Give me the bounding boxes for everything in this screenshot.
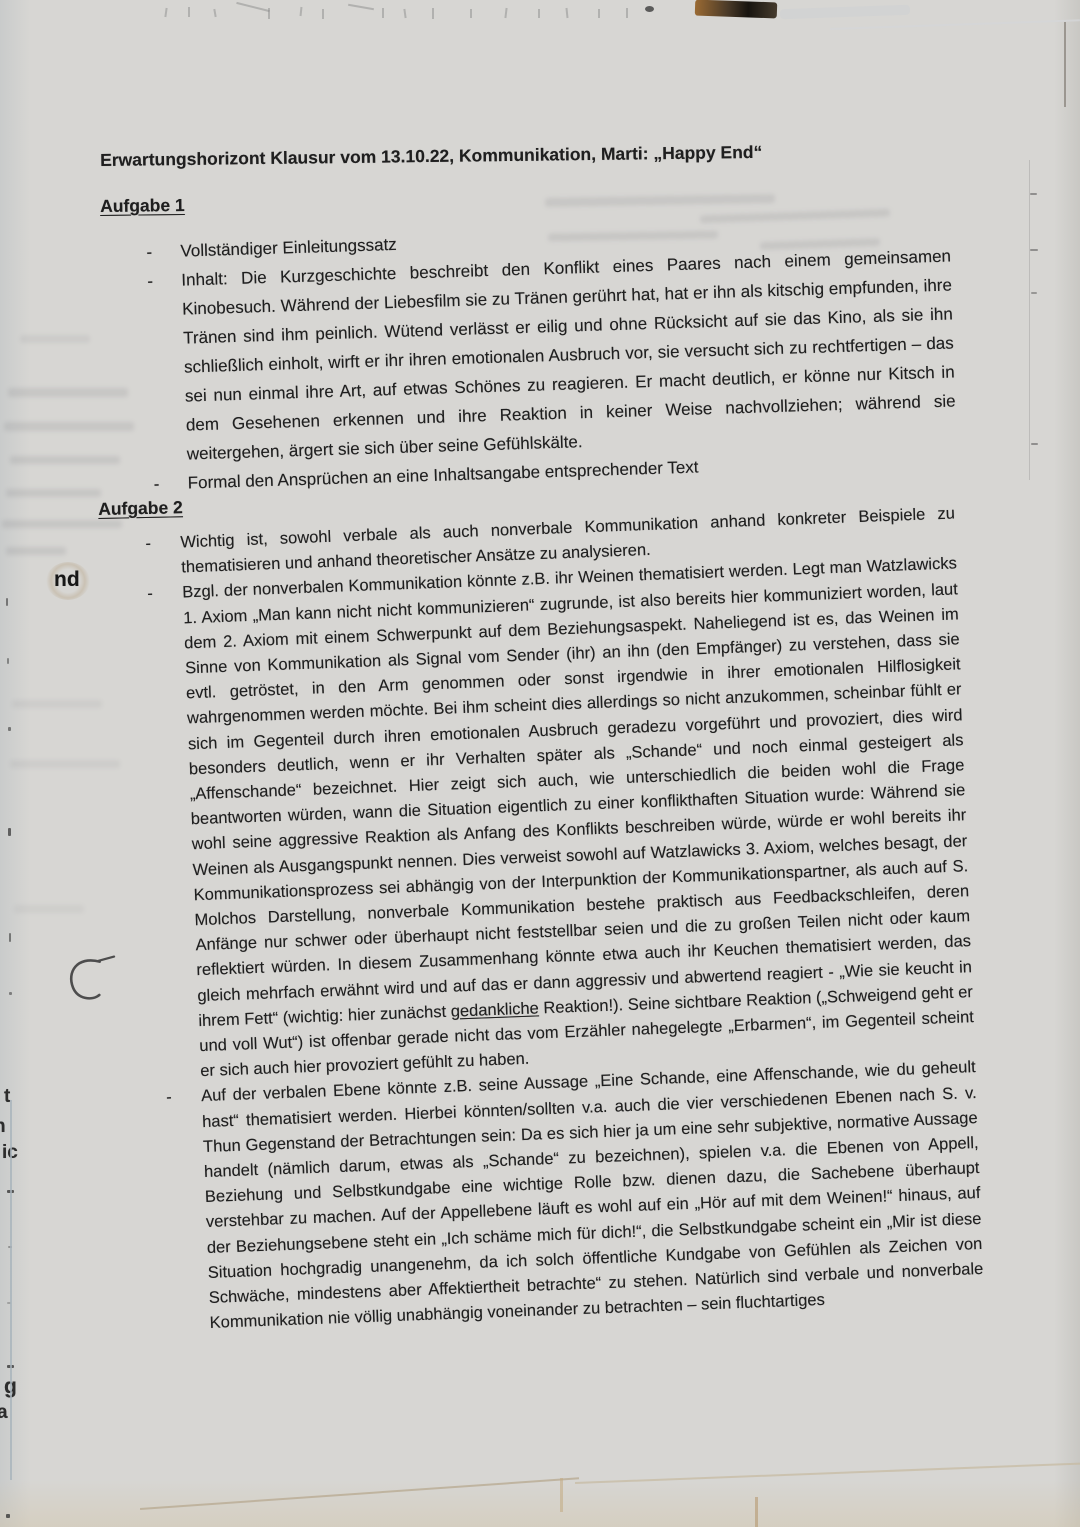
scan-noise-tick [322,9,324,19]
edge-speck [8,828,11,836]
edge-speck [6,1514,10,1518]
ghost-text [6,547,66,555]
margin-fragment-nd: nd [54,568,80,592]
bullet-dash: - [147,267,154,296]
ghost-text [4,422,134,431]
paper-right-shadow [1054,0,1080,1527]
section-heading-aufgabe-2: Aufgabe 2 [98,497,183,520]
paper-edge-corner [560,1478,563,1512]
scan-noise-tick [470,9,472,18]
paper-edge-right [1029,160,1030,480]
edge-speck [9,992,12,995]
ghost-text [6,489,101,497]
bullet-item: - Bzgl. der nonverbalen Kommunikation kö… [142,552,975,1086]
bullet-text: Bzgl. der nonverbalen Kommunikation könn… [182,555,972,1030]
scan-noise-tick [268,8,270,19]
bullet-dash: - [166,1086,172,1111]
edge-tick [1030,249,1038,251]
paper-bottom-shadow [0,1480,1080,1527]
edge-tick [1030,193,1037,195]
scan-noise-tick [626,8,628,18]
paper-edge-right-dark [1064,22,1066,107]
section-heading-aufgabe-1: Aufgabe 1 [100,195,185,217]
handwritten-c-mark [59,948,124,1010]
bullet-item: - Auf der verbalen Ebene könnte z.B. sei… [161,1056,985,1338]
ink-dot [645,6,654,12]
ghost-text [12,700,102,708]
ghost-text [14,905,84,913]
edge-speck [9,933,11,942]
underlined-word: gedankliche [450,999,539,1020]
bullet-dash: - [145,532,151,557]
edge-speck [8,727,11,731]
bullet-text: Inhalt: Die Kurzgeschichte beschreibt de… [181,246,956,463]
scan-noise-tick [432,8,434,19]
paper-edge-corner [755,1497,758,1527]
ink-blot [695,0,778,18]
edge-speck [7,658,9,664]
scan-noise-tick [538,9,540,18]
bullet-text: Auf der verbalen Ebene könnte z.B. seine… [201,1059,984,1333]
edge-tick [1031,443,1038,445]
margin-fragment-n: n [0,1116,6,1138]
scanned-exam-page: nd t n ic g a Erwartungshorizont Klausur… [0,0,1080,1527]
scan-noise-tick [598,9,600,18]
ghost-text [2,520,122,528]
bullet-dash: - [146,238,153,267]
margin-fragment-a: a [0,1402,8,1424]
ghost-text [8,388,128,397]
bullet-dash: - [147,582,153,607]
ghost-text [20,335,90,343]
bullet-dash: - [153,469,160,498]
scan-noise-tick [188,7,190,17]
edge-tick [1031,292,1037,294]
ghost-text [10,456,120,464]
edge-speck [6,598,8,606]
bullet-item: - Inhalt: Die Kurzgeschichte beschreibt … [139,241,957,469]
ghost-text [10,760,120,768]
aufgabe-2-bullet-list: - Wichtig ist, sowohl verbale als auch n… [140,501,985,1338]
paper-edge-left-line [10,1100,12,1480]
scan-noise-tick [382,8,384,18]
bullet-text: Vollständiger Einleitungssatz [180,235,397,261]
aufgabe-1-bullet-list: - Vollständiger Einleitungssatz - Inhalt… [138,212,958,498]
